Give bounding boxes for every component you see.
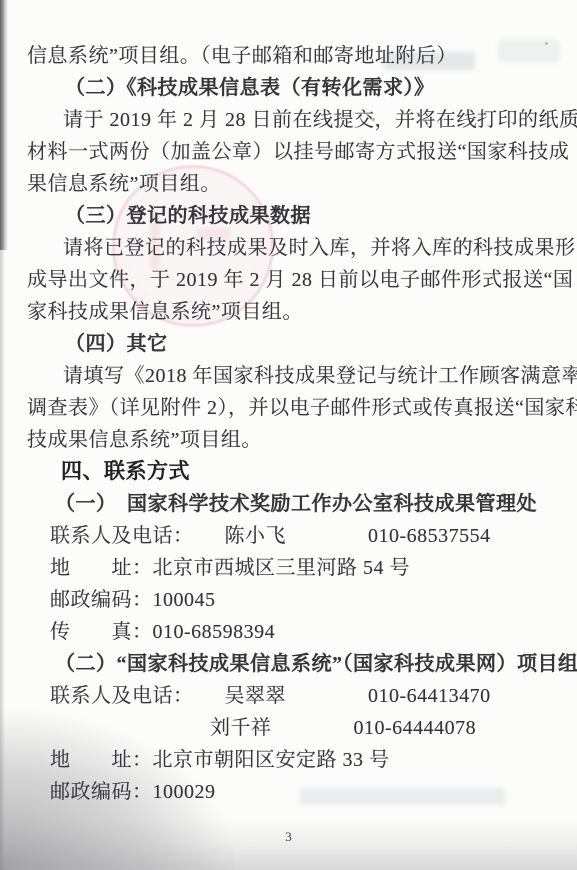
doc-line: 果信息系统”项目组。	[27, 168, 567, 200]
contact-postal-code: 邮政编码：100045	[50, 584, 567, 616]
contact-person-phone: 联系人及电话： 吴翠翠 010-64413470	[50, 680, 567, 712]
scanned-document-page: 信息系统”项目组。（电子邮箱和邮寄地址附后） （二）《科技成果信息表（有转化需求…	[0, 0, 577, 870]
doc-line: 材料一式两份（加盖公章）以挂号邮寄方式报送“国家科技成	[27, 136, 567, 168]
contact-org-1-heading: （一） 国家科学技术奖励工作办公室科技成果管理处	[55, 488, 567, 520]
contact-org-2-heading: （二）“国家科技成果信息系统”（国家科技成果网）项目组	[55, 648, 567, 680]
doc-line: 成导出文件，于 2019 年 2 月 28 日前以电子邮件形式报送“国	[27, 264, 567, 296]
contact-fax: 传 真：010-68598394	[50, 616, 567, 648]
contact-address: 地 址：北京市西城区三里河路 54 号	[50, 552, 567, 584]
doc-line: 请于 2019 年 2 月 28 日前在线提交，并将在线打印的纸质	[63, 104, 567, 136]
contact-person-phone-2: 刘千祥 010-64444078	[210, 712, 567, 744]
section-heading-3: （三）登记的科技成果数据	[65, 200, 567, 232]
section-heading-2: （二）《科技成果信息表（有转化需求）》	[65, 72, 567, 104]
contact-person-phone: 联系人及电话： 陈小飞 010-68537554	[50, 520, 567, 552]
scan-edge-shadow-left-top	[0, 0, 8, 250]
section-heading-4: （四）其它	[65, 328, 567, 360]
document-content: 信息系统”项目组。（电子邮箱和邮寄地址附后） （二）《科技成果信息表（有转化需求…	[27, 40, 567, 808]
doc-line: 请填写《2018 年国家科技成果登记与统计工作顾客满意率	[63, 360, 567, 392]
chapter-heading-contact: 四、联系方式	[61, 456, 567, 488]
page-number: 3	[0, 829, 577, 845]
doc-line: 信息系统”项目组。（电子邮箱和邮寄地址附后）	[27, 40, 567, 72]
doc-line: 请将已登记的科技成果及时入库，并将入库的科技成果形	[63, 232, 567, 264]
contact-address: 地 址：北京市朝阳区安定路 33 号	[50, 744, 567, 776]
contact-postal-code: 邮政编码：100029	[50, 776, 567, 808]
doc-line: 家科技成果信息系统”项目组。	[27, 296, 567, 328]
doc-line: 调查表》（详见附件 2），并以电子邮件形式或传真报送“国家科	[27, 392, 567, 424]
doc-line: 技成果信息系统”项目组。	[27, 424, 567, 456]
